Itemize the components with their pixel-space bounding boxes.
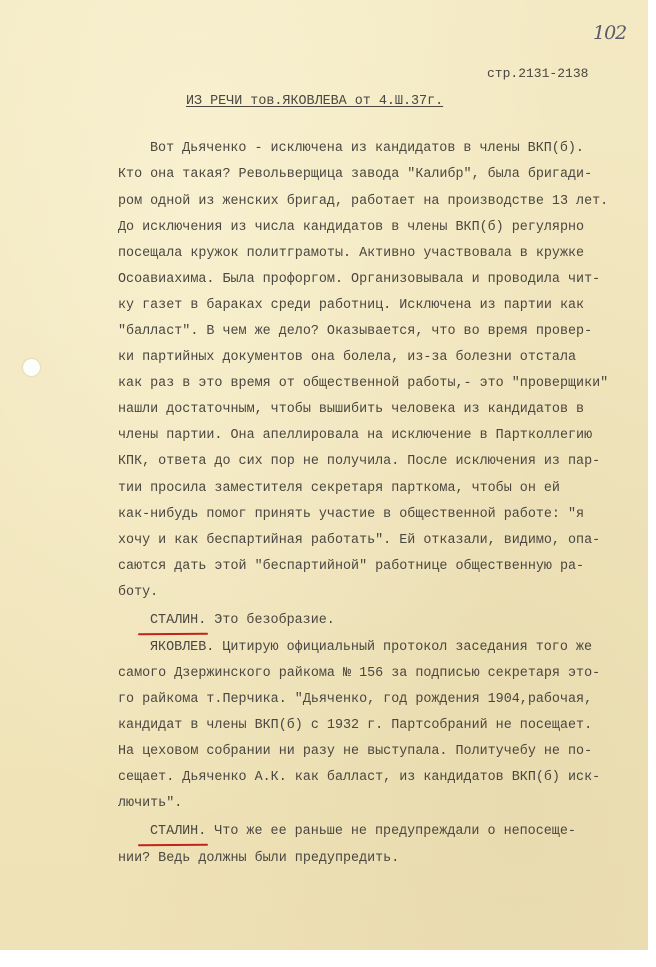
page-reference: стр.2131-2138 [487, 66, 588, 81]
text-line: лючить". [118, 796, 182, 811]
text-line: нашли достаточным, чтобы вышибить челове… [118, 402, 584, 417]
speaker-name: ЯКОВЛЕВ. [150, 640, 214, 655]
text-line: ром одной из женских бригад, работает на… [118, 194, 608, 209]
remark-text: Что же ее раньше не предупреждали о непо… [206, 824, 576, 839]
text-line: нии? Ведь должны были предупредить. [118, 851, 399, 866]
folio-number: 102 [593, 22, 626, 44]
document-page: 102 стр.2131-2138 ИЗ РЕЧИ тов.ЯКОВЛЕВА о… [0, 0, 648, 950]
text-line: сещает. Дьяченко А.К. как балласт, из ка… [118, 770, 600, 785]
punch-hole [23, 359, 40, 376]
text-line: До исключения из числа кандидатов в член… [118, 220, 584, 235]
text-line: ки партийных документов она болела, из-з… [118, 350, 576, 365]
text-line: Осоавиахима. Была профоргом. Организовыв… [118, 272, 600, 287]
speaker-name: СТАЛИН. [150, 613, 206, 628]
text-line: хочу и как беспартийная работать". Ей от… [118, 533, 600, 548]
text-line: "балласт". В чем же дело? Оказывается, ч… [118, 324, 592, 339]
text-line: ку газет в бараках среди работниц. Исклю… [118, 298, 584, 313]
remark-text: Это безобразие. [206, 613, 335, 628]
text-line: саются дать этой "беспартийной" работниц… [118, 559, 584, 574]
stalin-remark-2: СТАЛИН. Что же ее раньше не предупреждал… [150, 824, 576, 839]
stalin-remark-1: СТАЛИН. Это безобразие. [150, 613, 335, 628]
text-line: Кто она такая? Револьверщица завода "Кал… [118, 167, 592, 182]
text-line: тии просила заместителя секретаря партко… [118, 481, 560, 496]
text-line: На цеховом собрании ни разу не выступала… [118, 744, 592, 759]
text-line: боту. [118, 585, 158, 600]
text-line: посещала кружок политграмоты. Активно уч… [118, 246, 584, 261]
document-heading: ИЗ РЕЧИ тов.ЯКОВЛЕВА от 4.Ш.37г. [186, 94, 443, 109]
text-line: го райкома т.Перчика. "Дьяченко, год рож… [118, 692, 592, 707]
text-line: как-нибудь помог принять участие в общес… [118, 507, 584, 522]
text-line: Вот Дьяченко - исключена из кандидатов в… [150, 141, 584, 156]
text-line: кандидат в члены ВКП(б) с 1932 г. Партсо… [118, 718, 592, 733]
text-line: члены партии. Она апеллировала на исключ… [118, 428, 592, 443]
text-line: как раз в это время от общественной рабо… [118, 376, 608, 391]
text-line: самого Дзержинского райкома № 156 за под… [118, 666, 600, 681]
speaker-name: СТАЛИН. [150, 824, 206, 839]
text-line: КПК, ответа до сих пор не получила. Посл… [118, 454, 600, 469]
text-line: Цитирую официальный протокол заседания т… [214, 640, 592, 655]
yakovlev-paragraph-start: ЯКОВЛЕВ. Цитирую официальный протокол за… [150, 640, 592, 655]
